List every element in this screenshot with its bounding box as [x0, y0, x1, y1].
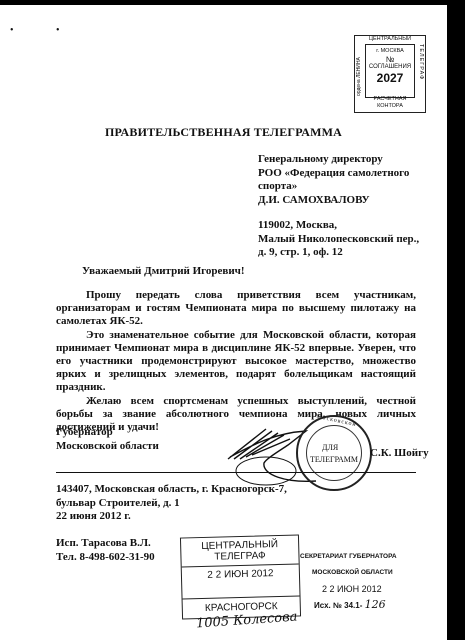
stamp-no-label: №	[366, 55, 414, 64]
return-address-line: бульвар Строителей, д. 1	[56, 497, 287, 511]
sender-title-line: Московской области	[56, 440, 159, 454]
addressee-line: Генеральному директору	[258, 153, 409, 167]
secretariat-line-1: СЕКРЕТАРИАТ ГУБЕРНАТОРА	[300, 549, 397, 565]
stamp-bottom-label-2: КОНТОРА	[355, 103, 425, 110]
document-title: ПРАВИТЕЛЬСТВЕННАЯ ТЕЛЕГРАММА	[0, 125, 447, 140]
paragraph: Прошу передать слова приветствия всем уч…	[56, 289, 416, 329]
stamp-inner-box: г. МОСКВА № СОГЛАШЕНИЯ 2027	[365, 44, 415, 98]
out-number: 126	[365, 598, 386, 611]
executor-block: Исп. Тарасова В.Л. Тел. 8-498-602-31-90	[56, 537, 155, 564]
address-block: 119002, Москва, Малый Николопесковский п…	[258, 219, 419, 260]
addressee-line: спорта»	[258, 180, 409, 194]
telegraph-stamp-header: ЦЕНТРАЛЬНЫЙ ТЕЛЕГРАФ	[181, 538, 299, 567]
round-seal: Московской ДЛЯ ТЕЛЕГРАММ	[296, 415, 372, 491]
return-address: 143407, Московская область, г. Красногор…	[56, 483, 287, 524]
paragraph: Это знаменательное событие для Московско…	[56, 329, 416, 395]
sender-name: С.К. Шойгу	[370, 447, 429, 459]
addressee-line: РОО «Федерация самолетного	[258, 167, 409, 181]
seal-line-1: ДЛЯ	[322, 443, 338, 452]
secretariat-line-2: МОСКОВСКОЙ ОБЛАСТИ	[300, 565, 397, 581]
stamp-number: 2027	[366, 71, 414, 85]
sender-title: Губернатор Московской области	[56, 426, 159, 453]
return-address-line: 143407, Московская область, г. Красногор…	[56, 483, 287, 497]
divider	[56, 472, 416, 473]
stamp-bottom-label: РАСЧЕТНАЯ КОНТОРА	[355, 96, 425, 110]
stamp-bottom-label-1: РАСЧЕТНАЯ	[355, 96, 425, 103]
secretariat-date: 2 2 ИЮН 2012	[300, 581, 397, 597]
secretariat-out-number: Исх. № 34.1- 126	[300, 597, 397, 614]
stamp-city: г. МОСКВА	[366, 48, 414, 54]
salutation: Уважаемый Дмитрий Игоревич!	[82, 265, 245, 277]
scan-marks: • •	[10, 25, 80, 36]
stamp-top-label: ЦЕНТРАЛЬНЫЙ	[355, 36, 425, 42]
out-label: Исх. № 34.1-	[314, 601, 362, 610]
seal-line-2: ТЕЛЕГРАММ	[310, 455, 358, 464]
address-line: Малый Николопесковский пер.,	[258, 233, 419, 247]
stamp-agreement-label: СОГЛАШЕНИЯ	[366, 64, 414, 70]
telegraph-stamp: ЦЕНТРАЛЬНЫЙ ТЕЛЕГРАФ 2 2 ИЮН 2012 КРАСНО…	[180, 534, 301, 619]
executor-phone: Тел. 8-498-602-31-90	[56, 551, 155, 565]
executor-name: Исп. Тарасова В.Л.	[56, 537, 155, 551]
address-line: 119002, Москва,	[258, 219, 419, 233]
body-text: Прошу передать слова приветствия всем уч…	[56, 289, 416, 434]
document-date: 22 июня 2012 г.	[56, 510, 287, 524]
telegraph-stamp-date: 2 2 ИЮН 2012	[182, 567, 299, 581]
stamp-left-label: ордена ЛЕНИНА	[356, 46, 362, 96]
secretariat-stamp: СЕКРЕТАРИАТ ГУБЕРНАТОРА МОСКОВСКОЙ ОБЛАС…	[300, 549, 397, 614]
telegram-page: • • ЦЕНТРАЛЬНЫЙ ордена ЛЕНИНА ТЕЛЕГРАФ г…	[0, 5, 447, 640]
sender-title-line: Губернатор	[56, 426, 159, 440]
addressee-line: Д.И. САМОХВАЛОВУ	[258, 194, 409, 208]
address-line: д. 9, стр. 1, оф. 12	[258, 246, 419, 260]
agreement-stamp: ЦЕНТРАЛЬНЫЙ ордена ЛЕНИНА ТЕЛЕГРАФ г. МО…	[354, 35, 426, 113]
stamp-right-label: ТЕЛЕГРАФ	[418, 44, 424, 100]
addressee-block: Генеральному директору РОО «Федерация са…	[258, 153, 409, 207]
